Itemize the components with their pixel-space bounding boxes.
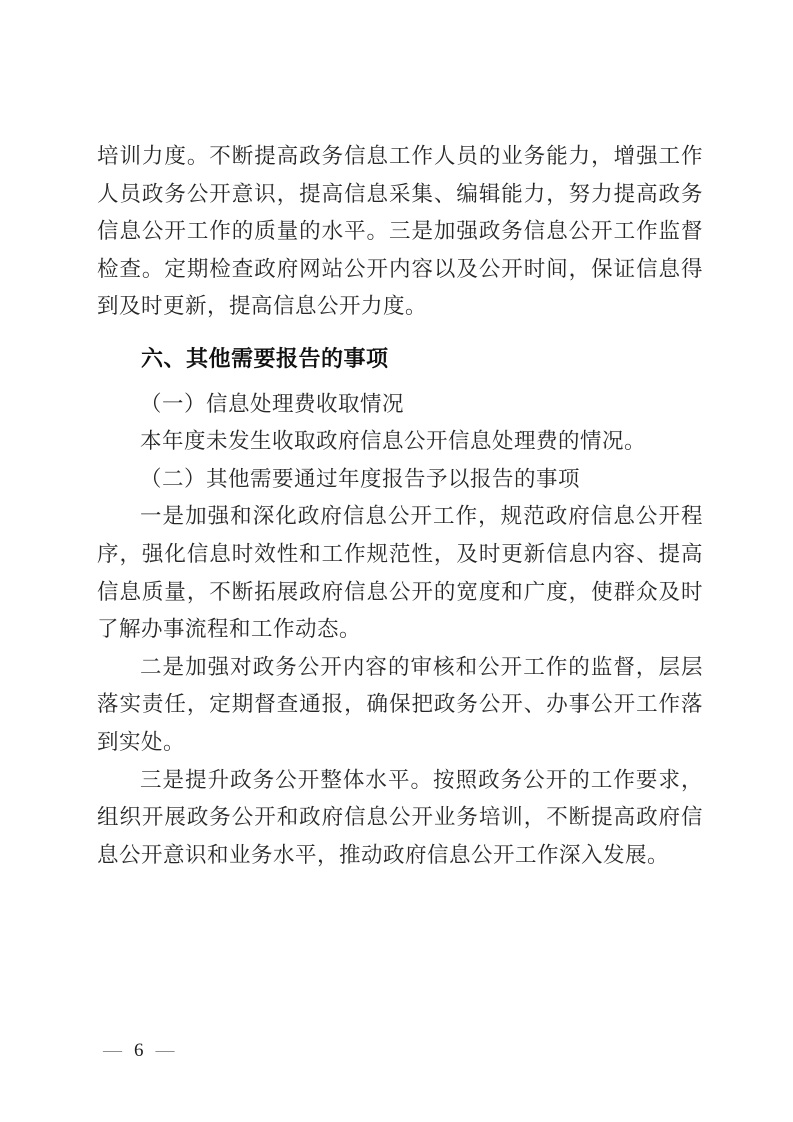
footer-dash-left: — [103,1040,122,1061]
footer-dash-right: — [156,1040,175,1061]
paragraph: 三是提升政务公开整体水平。按照政务公开的工作要求，组织开展政务公开和政府信息公开… [97,762,703,875]
page-number: 6 [134,1040,144,1061]
paragraph: 培训力度。不断提高政务信息工作人员的业务能力，增强工作人员政务公开意识，提高信息… [97,138,703,326]
paragraph: 一是加强和深化政府信息公开工作，规范政府信息公开程序，强化信息时效性和工作规范性… [97,498,703,648]
paragraph: 二是加强对政务公开内容的审核和公开工作的监督，层层落实责任，定期督查通报，确保把… [97,649,703,762]
document-body: 培训力度。不断提高政务信息工作人员的业务能力，增强工作人员政务公开意识，提高信息… [97,138,703,874]
sub-heading: （二）其他需要通过年度报告予以报告的事项 [97,461,703,499]
page-footer: —6— [103,1039,175,1063]
paragraph: 本年度未发生收取政府信息公开信息处理费的情况。 [97,423,703,461]
document-page: 培训力度。不断提高政务信息工作人员的业务能力，增强工作人员政务公开意识，提高信息… [0,0,793,1122]
section-heading: 六、其他需要报告的事项 [97,340,703,378]
sub-heading: （一）信息处理费收取情况 [97,386,703,424]
